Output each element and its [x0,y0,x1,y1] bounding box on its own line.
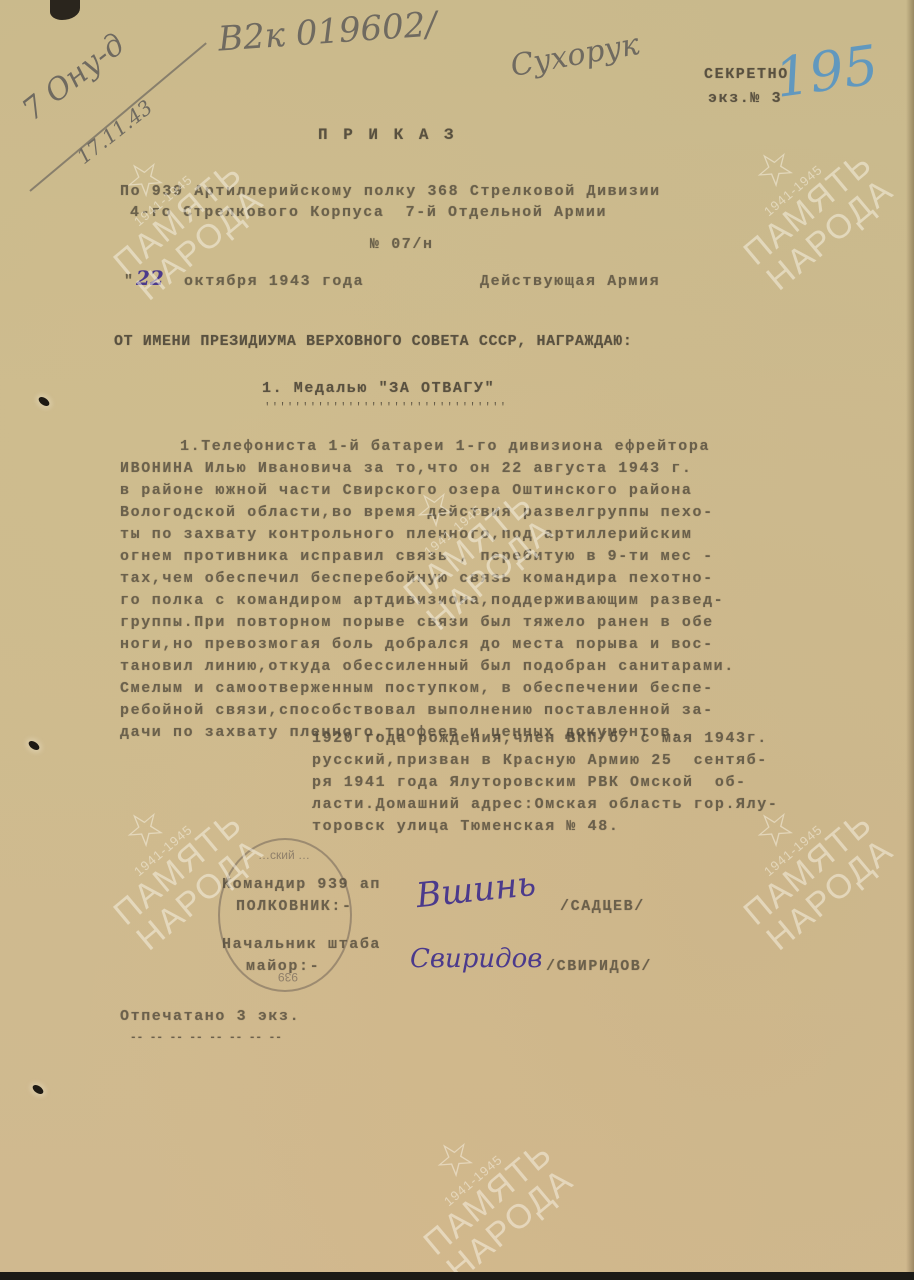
pencil-signature: Сухорук [508,27,642,84]
commander-title: Командир 939 ап [222,876,381,893]
body-line: ребойной связи,способствовал выполнению … [120,702,714,719]
commander-rank: ПОЛКОВНИК:- [236,898,353,915]
bio-line: торовск улица Тюменская № 48. [312,818,619,835]
bio-line: ря 1941 года Ялуторовским РВК Омской об- [312,774,747,791]
punch-hole [27,739,41,752]
pencil-date: 17.11.43 [72,95,157,169]
date-open-quote: " [124,273,135,290]
preamble: ОТ ИМЕНИ ПРЕЗИДИУМА ВЕРХОВНОГО СОВЕТА СС… [114,333,632,350]
body-line: 1.Телефониста 1-й батареи 1-го дивизиона… [180,438,710,455]
chief-of-staff-rank: майор:- [246,958,320,975]
chief-of-staff-name: /СВИРИДОВ/ [546,958,652,975]
body-line: го полка с командиром артдивизиона,подде… [120,592,724,609]
chief-of-staff-signature: Свиридов [410,944,542,974]
copies-note: Отпечатано 3 экз. [120,1008,300,1025]
page-edge-shadow [906,0,914,1272]
pencil-resolution: 7 Ону-д [16,27,132,128]
body-line: ноги,но превозмогая боль добрался до мес… [120,636,714,653]
order-number: № 07/н [370,236,434,253]
location: Действующая Армия [480,273,660,290]
scan-border [0,1272,914,1280]
award-heading-underline: '''''''''''''''''''''''''''''''' [264,402,507,414]
header-line-1: По 939 Артиллерийскому полку 368 Стрелко… [120,183,661,200]
watermark-star-icon: ☆ [700,100,848,235]
commander-name: /САДЦЕВ/ [560,898,645,915]
body-line: Смелым и самоотверженным поступком, в об… [120,680,714,697]
punch-hole [31,1083,45,1096]
archive-code: В2к 019602/ [217,4,438,59]
bio-line: русский,призван в Красную Армию 25 сентя… [312,752,768,769]
date-text: октября 1943 года [184,273,364,290]
chief-of-staff-title: Начальник штаба [222,936,381,953]
body-line: в районе южной части Свирского озера Ошт… [120,482,692,499]
page-title: П Р И К А З [318,126,457,144]
watermark: ☆ 1941-1945 ПАМЯТЬ НАРОДА [700,100,900,297]
watermark-star-icon: ☆ [70,110,218,245]
bio-line: ласти.Домашний адрес:Омская область гор.… [312,796,778,813]
date-day: 22 [136,266,164,290]
body-line: ИВОНИНА Илью Ивановича за то,что он 22 а… [120,460,692,477]
watermark-star-icon: ☆ [380,1090,528,1225]
body-line: тах,чем обеспечил бесперебойную связь ко… [120,570,714,587]
award-heading: 1. Медалью "ЗА ОТВАГУ" [262,380,495,397]
body-line: тановил линию,откуда обессиленный был по… [120,658,735,675]
body-line: Вологодской области,во время действия ра… [120,504,714,521]
commander-signature: Вшинь [414,864,538,916]
footer-dashes: -- -- -- -- -- -- -- -- [130,1032,282,1044]
stamp-top-text: …ский … [258,848,310,862]
body-line: ты по захвату контрольного пленного,под … [120,526,692,543]
torn-corner [50,0,80,20]
bio-line: 1920 года рождения,член ВКП/б/ с мая 194… [312,730,768,747]
punch-hole [37,395,51,408]
secrecy-label: СЕКРЕТНО [704,66,789,83]
body-line: группы.При повторном порыве связи был тя… [120,614,714,631]
watermark-star-icon: ☆ [70,760,218,895]
document-page: 7 Ону-д 17.11.43 В2к 019602/ Сухорук 195… [0,0,914,1272]
watermark: ☆ 1941-1945 ПАМЯТЬ НАРОДА [380,1090,580,1272]
copy-number: экз.№ 3 [708,90,782,107]
body-line: огнем противника исправил связь , переби… [120,548,714,565]
header-line-2: 4-го Стрелкового Корпуса 7-й Отдельной А… [130,204,607,221]
